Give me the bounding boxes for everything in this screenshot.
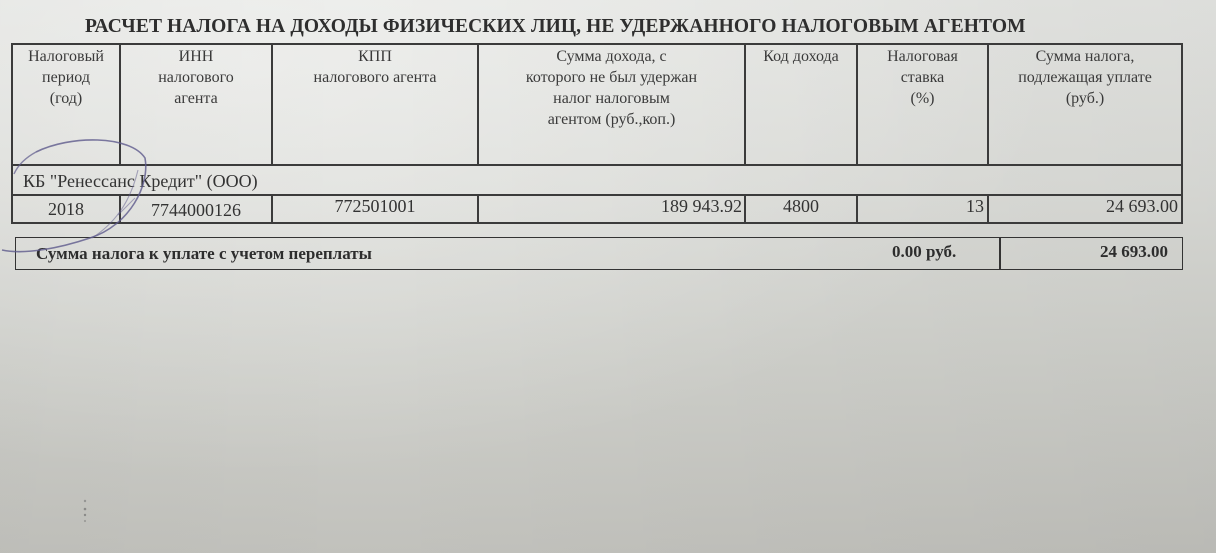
header-bottom-line [11,164,1183,166]
header-line: (%) [858,88,987,109]
table-border-top [11,43,1183,45]
header-tax-rate: Налоговая ставка (%) [858,46,987,109]
header-tax-amount: Сумма налога, подлежащая уплате (руб.) [989,46,1181,109]
tax-agent-name: КБ "Ренессанс Кредит" (ООО) [23,171,258,192]
header-line: подлежащая уплате [989,67,1181,88]
header-line: Налоговая [858,46,987,67]
header-line: период [11,67,121,88]
total-box: Сумма налога к уплате с учетом переплаты… [15,237,1183,270]
tax-table: Налоговый период (год) ИНН налогового аг… [11,43,1183,224]
header-line: КПП [273,46,477,67]
header-line: Код дохода [746,46,856,67]
header-income: Сумма дохода, с которого не был удержан … [479,46,744,130]
header-line: агента [121,88,271,109]
cell-income-code: 4800 [746,195,856,217]
header-line: Налоговый [11,46,121,67]
cell-kpp: 772501001 [273,195,477,217]
cell-tax-rate: 13 [858,195,984,217]
header-line: (год) [11,88,121,109]
header-inn: ИНН налогового агента [121,46,271,109]
table-border-bottom [11,222,1183,224]
col-line-7 [1181,43,1183,224]
cell-period: 2018 [11,198,121,220]
header-line: налог налоговым [479,88,744,109]
paper-speck [82,495,88,525]
header-line: Сумма дохода, с [479,46,744,67]
cell-tax-amount: 24 693.00 [989,195,1178,217]
total-label: Сумма налога к уплате с учетом переплаты [36,244,372,264]
header-line: налогового [121,67,271,88]
total-divider [999,238,1001,269]
total-amount: 24 693.00 [1100,242,1168,262]
header-line: ИНН [121,46,271,67]
header-line: (руб.) [989,88,1181,109]
cell-inn: 7744000126 [121,199,271,221]
header-line: Сумма налога, [989,46,1181,67]
header-line: которого не был удержан [479,67,744,88]
header-line: ставка [858,67,987,88]
document-title: РАСЧЕТ НАЛОГА НА ДОХОДЫ ФИЗИЧЕСКИХ ЛИЦ, … [85,16,1125,38]
header-line: агентом (руб.,коп.) [479,109,744,130]
header-tax-period: Налоговый период (год) [11,46,121,109]
header-line: налогового агента [273,67,477,88]
header-kpp: КПП налогового агента [273,46,477,88]
header-income-code: Код дохода [746,46,856,67]
overpayment-value: 0.00 руб. [892,242,956,262]
cell-income: 189 943.92 [479,195,742,217]
